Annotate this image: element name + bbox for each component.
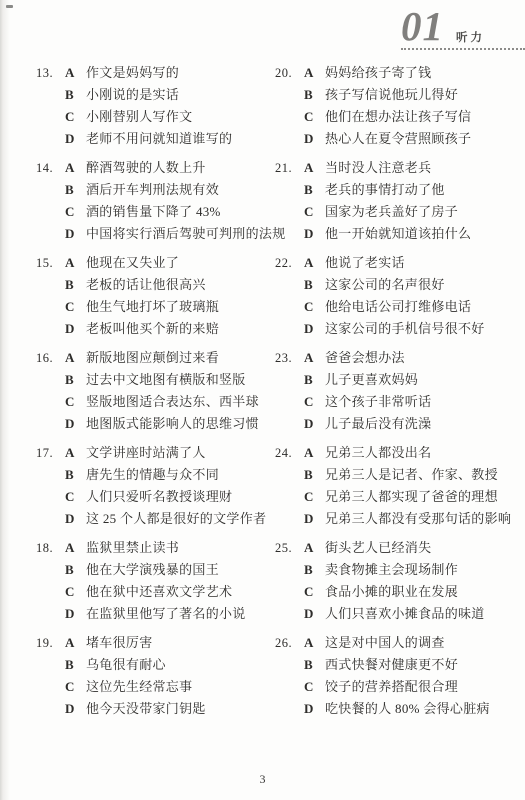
question-number: 22.: [275, 252, 304, 340]
option-letter: D: [304, 603, 317, 625]
option-letter: A: [65, 442, 78, 464]
option-text: 老兵的事情打动了他: [325, 179, 445, 201]
option-text: 他一开始就知道该拍什么: [325, 223, 471, 245]
option-row: C酒的销售量下降了 43%: [65, 201, 286, 223]
options-list: A堵车很厉害B乌龟很有耐心C这位先生经常忘事D他今天没带家门钥匙: [65, 632, 273, 720]
question-number: 18.: [36, 537, 65, 625]
option-letter: C: [304, 676, 317, 698]
option-text: 卖食物摊主会现场制作: [325, 559, 458, 581]
option-text: 食品小摊的职业在发展: [325, 581, 458, 603]
option-text: 这家公司的手机信号很不好: [325, 318, 485, 340]
options-list: A爸爸会想办法B儿子更喜欢妈妈C这个孩子非常听话D儿子最后没有洗澡: [304, 347, 525, 435]
option-text: 西式快餐对健康更不好: [325, 654, 458, 676]
option-row: C食品小摊的职业在发展: [304, 581, 525, 603]
question-number: 23.: [275, 347, 304, 435]
option-row: C他在狱中还喜欢文学艺术: [65, 581, 273, 603]
options-list: A醉酒驾驶的人数上升B酒后开车判刑法规有效C酒的销售量下降了 43%D中国将实行…: [65, 157, 286, 245]
question: 16.A新版地图应颠倒过来看B过去中文地图有横版和竖版C竖版地图适合表达东、西半…: [36, 347, 273, 435]
options-list: A监狱里禁止读书B他在大学演残暴的国王C他在狱中还喜欢文学艺术D在监狱里他写了著…: [65, 537, 273, 625]
option-row: B这家公司的名声很好: [304, 274, 525, 296]
option-row: C饺子的营养搭配很合理: [304, 676, 525, 698]
option-row: B小刚说的是实话: [65, 84, 273, 106]
option-row: C小刚替别人写作文: [65, 106, 273, 128]
option-letter: D: [304, 128, 317, 150]
option-letter: C: [65, 676, 78, 698]
question-number: 25.: [275, 537, 304, 625]
option-row: A当时没人注意老兵: [304, 157, 525, 179]
option-letter: D: [304, 318, 317, 340]
option-row: D他今天没带家门钥匙: [65, 698, 273, 720]
option-row: A堵车很厉害: [65, 632, 273, 654]
question-column-right: 20.A妈妈给孩子寄了钱B孩子写信说他玩儿得好C他们在想办法让孩子写信D热心人在…: [275, 62, 525, 727]
option-text: 地图版式能影响人的思维习惯: [86, 413, 259, 435]
option-text: 兄弟三人是记者、作家、教授: [325, 464, 498, 486]
option-letter: C: [304, 581, 317, 603]
option-letter: D: [65, 603, 78, 625]
option-letter: C: [304, 486, 317, 508]
option-text: 这家公司的名声很好: [325, 274, 445, 296]
option-text: 兄弟三人都没出名: [325, 442, 431, 464]
option-row: A文学讲座时站满了人: [65, 442, 273, 464]
option-row: B过去中文地图有横版和竖版: [65, 369, 273, 391]
options-list: A妈妈给孩子寄了钱B孩子写信说他玩儿得好C他们在想办法让孩子写信D热心人在夏令营…: [304, 62, 525, 150]
option-letter: A: [304, 537, 317, 559]
option-row: B他在大学演残暴的国王: [65, 559, 273, 581]
option-row: D他一开始就知道该拍什么: [304, 223, 525, 245]
option-text: 饺子的营养搭配很合理: [325, 676, 458, 698]
option-text: 过去中文地图有横版和竖版: [86, 369, 246, 391]
option-text: 这是对中国人的调查: [325, 632, 445, 654]
option-row: D中国将实行酒后驾驶可判刑的法规: [65, 223, 286, 245]
option-letter: C: [304, 201, 317, 223]
question: 19.A堵车很厉害B乌龟很有耐心C这位先生经常忘事D他今天没带家门钥匙: [36, 632, 273, 720]
option-letter: B: [65, 369, 78, 391]
option-text: 文学讲座时站满了人: [86, 442, 206, 464]
option-row: B酒后开车判刑法规有效: [65, 179, 286, 201]
page-number: 3: [260, 772, 266, 786]
option-row: B兄弟三人是记者、作家、教授: [304, 464, 525, 486]
options-list: A文学讲座时站满了人B唐先生的情趣与众不同C人们只爱听名教授谈理财D这 25 个…: [65, 442, 273, 530]
option-letter: D: [65, 128, 78, 150]
option-row: D这家公司的手机信号很不好: [304, 318, 525, 340]
option-row: C竖版地图适合表达东、西半球: [65, 391, 273, 413]
option-text: 小刚替别人写作文: [86, 106, 192, 128]
option-text: 这位先生经常忘事: [86, 676, 192, 698]
question-number: 26.: [275, 632, 304, 720]
option-text: 老师不用问就知道谁写的: [86, 128, 232, 150]
question: 20.A妈妈给孩子寄了钱B孩子写信说他玩儿得好C他们在想办法让孩子写信D热心人在…: [275, 62, 525, 150]
option-letter: C: [65, 581, 78, 603]
option-text: 兄弟三人都实现了爸爸的理想: [325, 486, 498, 508]
question: 18.A监狱里禁止读书B他在大学演残暴的国王C他在狱中还喜欢文学艺术D在监狱里他…: [36, 537, 273, 625]
option-text: 堵车很厉害: [86, 632, 153, 654]
option-text: 人们只喜欢小摊食品的味道: [325, 603, 485, 625]
questions-area: 13.A作文是妈妈写的B小刚说的是实话C小刚替别人写作文D老师不用问就知道谁写的…: [0, 62, 525, 727]
option-row: A他现在又失业了: [65, 252, 273, 274]
option-letter: B: [65, 559, 78, 581]
option-letter: C: [65, 296, 78, 318]
option-row: D人们只喜欢小摊食品的味道: [304, 603, 525, 625]
option-letter: C: [65, 106, 78, 128]
option-letter: B: [65, 274, 78, 296]
option-letter: B: [65, 179, 78, 201]
question: 22.A他说了老实话B这家公司的名声很好C他给电话公司打维修电话D这家公司的手机…: [275, 252, 525, 340]
option-row: B儿子更喜欢妈妈: [304, 369, 525, 391]
option-text: 他在狱中还喜欢文学艺术: [86, 581, 232, 603]
option-row: A爸爸会想办法: [304, 347, 525, 369]
option-letter: D: [65, 508, 78, 530]
option-letter: C: [304, 296, 317, 318]
option-text: 当时没人注意老兵: [325, 157, 431, 179]
option-letter: B: [304, 179, 317, 201]
header-dotted-line: [401, 48, 525, 50]
option-text: 监狱里禁止读书: [86, 537, 179, 559]
option-text: 作文是妈妈写的: [86, 62, 179, 84]
option-text: 街头艺人已经消失: [325, 537, 431, 559]
options-list: A新版地图应颠倒过来看B过去中文地图有横版和竖版C竖版地图适合表达东、西半球D地…: [65, 347, 273, 435]
option-letter: A: [65, 252, 78, 274]
option-letter: A: [65, 632, 78, 654]
question: 17.A文学讲座时站满了人B唐先生的情趣与众不同C人们只爱听名教授谈理财D这 2…: [36, 442, 273, 530]
option-letter: A: [65, 347, 78, 369]
option-text: 他在大学演残暴的国王: [86, 559, 219, 581]
option-row: A这是对中国人的调查: [304, 632, 525, 654]
option-text: 竖版地图适合表达东、西半球: [86, 391, 259, 413]
option-letter: B: [65, 654, 78, 676]
option-letter: D: [65, 318, 78, 340]
option-row: C他生气地打坏了玻璃瓶: [65, 296, 273, 318]
option-row: D热心人在夏令营照顾孩子: [304, 128, 525, 150]
option-row: D老板叫他买个新的来赔: [65, 318, 273, 340]
option-row: A醉酒驾驶的人数上升: [65, 157, 286, 179]
option-letter: B: [65, 464, 78, 486]
option-row: D地图版式能影响人的思维习惯: [65, 413, 273, 435]
question-number: 13.: [36, 62, 65, 150]
options-list: A作文是妈妈写的B小刚说的是实话C小刚替别人写作文D老师不用问就知道谁写的: [65, 62, 273, 150]
question-number: 24.: [275, 442, 304, 530]
option-row: B唐先生的情趣与众不同: [65, 464, 273, 486]
option-row: C兄弟三人都实现了爸爸的理想: [304, 486, 525, 508]
option-letter: C: [304, 106, 317, 128]
option-letter: A: [304, 62, 317, 84]
question-number: 20.: [275, 62, 304, 150]
option-text: 小刚说的是实话: [86, 84, 179, 106]
option-letter: B: [304, 274, 317, 296]
option-text: 爸爸会想办法: [325, 347, 405, 369]
option-text: 热心人在夏令营照顾孩子: [325, 128, 471, 150]
option-text: 他今天没带家门钥匙: [86, 698, 206, 720]
question: 25.A街头艺人已经消失B卖食物摊主会现场制作C食品小摊的职业在发展D人们只喜欢…: [275, 537, 525, 625]
option-text: 人们只爱听名教授谈理财: [86, 486, 232, 508]
option-letter: B: [304, 654, 317, 676]
option-row: A监狱里禁止读书: [65, 537, 273, 559]
option-letter: B: [304, 464, 317, 486]
option-row: C国家为老兵盖好了房子: [304, 201, 525, 223]
option-row: B乌龟很有耐心: [65, 654, 273, 676]
question: 24.A兄弟三人都没出名B兄弟三人是记者、作家、教授C兄弟三人都实现了爸爸的理想…: [275, 442, 525, 530]
option-text: 醉酒驾驶的人数上升: [86, 157, 206, 179]
option-row: C他们在想办法让孩子写信: [304, 106, 525, 128]
section-number: 01: [401, 6, 444, 47]
option-row: B西式快餐对健康更不好: [304, 654, 525, 676]
option-text: 这 25 个人都是很好的文学作者: [86, 508, 266, 530]
question-number: 16.: [36, 347, 65, 435]
option-letter: D: [304, 413, 317, 435]
option-letter: D: [304, 698, 317, 720]
option-text: 他生气地打坏了玻璃瓶: [86, 296, 219, 318]
option-text: 吃快餐的人 80% 会得心脏病: [325, 698, 490, 720]
option-text: 他们在想办法让孩子写信: [325, 106, 471, 128]
option-row: C人们只爱听名教授谈理财: [65, 486, 273, 508]
option-text: 妈妈给孩子寄了钱: [325, 62, 431, 84]
option-text: 兄弟三人都没有受那句话的影响: [325, 508, 511, 530]
option-text: 这个孩子非常听话: [325, 391, 431, 413]
option-letter: A: [304, 347, 317, 369]
option-row: D老师不用问就知道谁写的: [65, 128, 273, 150]
option-text: 儿子更喜欢妈妈: [325, 369, 418, 391]
question: 15.A他现在又失业了B老板的话让他很高兴C他生气地打坏了玻璃瓶D老板叫他买个新…: [36, 252, 273, 340]
option-letter: C: [65, 391, 78, 413]
option-letter: A: [65, 157, 78, 179]
option-row: A作文是妈妈写的: [65, 62, 273, 84]
option-text: 国家为老兵盖好了房子: [325, 201, 458, 223]
option-text: 酒后开车判刑法规有效: [86, 179, 219, 201]
options-list: A这是对中国人的调查B西式快餐对健康更不好C饺子的营养搭配很合理D吃快餐的人 8…: [304, 632, 525, 720]
question: 21.A当时没人注意老兵B老兵的事情打动了他C国家为老兵盖好了房子D他一开始就知…: [275, 157, 525, 245]
options-list: A兄弟三人都没出名B兄弟三人是记者、作家、教授C兄弟三人都实现了爸爸的理想D兄弟…: [304, 442, 525, 530]
question-number: 17.: [36, 442, 65, 530]
option-letter: B: [304, 559, 317, 581]
option-row: D儿子最后没有洗澡: [304, 413, 525, 435]
question: 14.A醉酒驾驶的人数上升B酒后开车判刑法规有效C酒的销售量下降了 43%D中国…: [36, 157, 273, 245]
option-letter: D: [65, 698, 78, 720]
option-row: B老板的话让他很高兴: [65, 274, 273, 296]
question-number: 21.: [275, 157, 304, 245]
option-row: C这位先生经常忘事: [65, 676, 273, 698]
option-letter: A: [65, 62, 78, 84]
option-text: 他给电话公司打维修电话: [325, 296, 471, 318]
option-row: A新版地图应颠倒过来看: [65, 347, 273, 369]
option-text: 他现在又失业了: [86, 252, 179, 274]
options-list: A当时没人注意老兵B老兵的事情打动了他C国家为老兵盖好了房子D他一开始就知道该拍…: [304, 157, 525, 245]
option-row: D兄弟三人都没有受那句话的影响: [304, 508, 525, 530]
option-text: 老板的话让他很高兴: [86, 274, 206, 296]
question: 26.A这是对中国人的调查B西式快餐对健康更不好C饺子的营养搭配很合理D吃快餐的…: [275, 632, 525, 720]
option-text: 他说了老实话: [325, 252, 405, 274]
option-letter: A: [304, 632, 317, 654]
question-number: 19.: [36, 632, 65, 720]
option-letter: B: [304, 369, 317, 391]
option-text: 酒的销售量下降了 43%: [86, 201, 221, 223]
option-letter: B: [65, 84, 78, 106]
option-letter: C: [304, 391, 317, 413]
option-text: 在监狱里他写了著名的小说: [86, 603, 246, 625]
option-row: A兄弟三人都没出名: [304, 442, 525, 464]
option-row: A妈妈给孩子寄了钱: [304, 62, 525, 84]
option-row: B老兵的事情打动了他: [304, 179, 525, 201]
option-text: 新版地图应颠倒过来看: [86, 347, 219, 369]
question-column-left: 13.A作文是妈妈写的B小刚说的是实话C小刚替别人写作文D老师不用问就知道谁写的…: [36, 62, 273, 727]
page-header: 01 听力: [0, 0, 525, 58]
option-row: A街头艺人已经消失: [304, 537, 525, 559]
option-text: 儿子最后没有洗澡: [325, 413, 431, 435]
option-row: B孩子写信说他玩儿得好: [304, 84, 525, 106]
page-footer: 3: [0, 770, 525, 788]
option-text: 孩子写信说他玩儿得好: [325, 84, 458, 106]
option-letter: A: [304, 442, 317, 464]
option-text: 乌龟很有耐心: [86, 654, 166, 676]
option-letter: C: [65, 201, 78, 223]
option-letter: C: [65, 486, 78, 508]
options-list: A街头艺人已经消失B卖食物摊主会现场制作C食品小摊的职业在发展D人们只喜欢小摊食…: [304, 537, 525, 625]
option-text: 唐先生的情趣与众不同: [86, 464, 219, 486]
option-letter: D: [65, 223, 78, 245]
options-list: A他说了老实话B这家公司的名声很好C他给电话公司打维修电话D这家公司的手机信号很…: [304, 252, 525, 340]
option-letter: D: [304, 223, 317, 245]
option-letter: B: [304, 84, 317, 106]
option-letter: D: [304, 508, 317, 530]
question: 13.A作文是妈妈写的B小刚说的是实话C小刚替别人写作文D老师不用问就知道谁写的: [36, 62, 273, 150]
option-letter: D: [65, 413, 78, 435]
option-row: A他说了老实话: [304, 252, 525, 274]
option-letter: A: [65, 537, 78, 559]
option-row: D在监狱里他写了著名的小说: [65, 603, 273, 625]
question-number: 15.: [36, 252, 65, 340]
option-row: B卖食物摊主会现场制作: [304, 559, 525, 581]
option-text: 中国将实行酒后驾驶可判刑的法规: [86, 223, 286, 245]
option-row: D这 25 个人都是很好的文学作者: [65, 508, 273, 530]
option-letter: A: [304, 157, 317, 179]
options-list: A他现在又失业了B老板的话让他很高兴C他生气地打坏了玻璃瓶D老板叫他买个新的来赔: [65, 252, 273, 340]
option-row: C他给电话公司打维修电话: [304, 296, 525, 318]
option-letter: A: [304, 252, 317, 274]
section-title: 听力: [456, 29, 485, 45]
question: 23.A爸爸会想办法B儿子更喜欢妈妈C这个孩子非常听话D儿子最后没有洗澡: [275, 347, 525, 435]
option-text: 老板叫他买个新的来赔: [86, 318, 219, 340]
question-number: 14.: [36, 157, 65, 245]
option-row: D吃快餐的人 80% 会得心脏病: [304, 698, 525, 720]
option-row: C这个孩子非常听话: [304, 391, 525, 413]
